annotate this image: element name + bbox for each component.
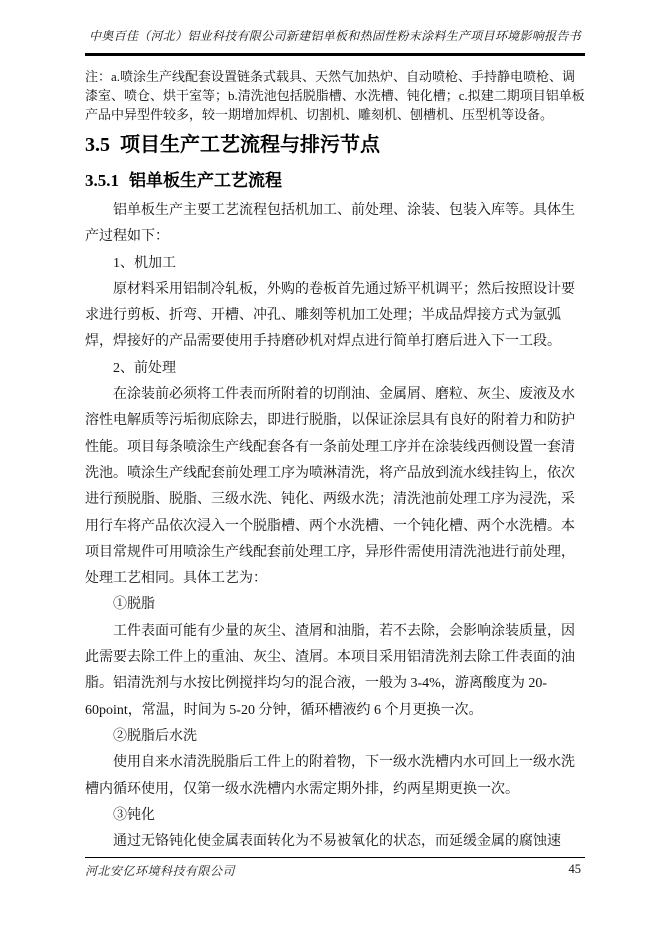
subsection-heading: 3.5.1铝单板生产工艺流程: [85, 169, 585, 192]
page-footer: 河北安亿环境科技有限公司 45: [85, 857, 585, 879]
list-item-2-pretreatment: 2、前处理: [85, 356, 585, 382]
body-paragraph-pretreatment: 在涂装前必须将工件表而所附着的切削油、金属屑、磨粒、灰尘、废液及水溶性电解质等污…: [85, 382, 585, 592]
footer-company-name: 河北安亿环境科技有限公司: [85, 862, 235, 879]
body-paragraph-passivation: 通过无铬钝化使金属表面转化为不易被氧化的状态，而延缓金属的腐蚀速: [85, 829, 585, 855]
running-header: 中奥百佳（河北）铝业科技有限公司新建铝单板和热固性粉末涂料生产项目环境影响报告书: [85, 28, 585, 56]
list-item-degreasing: ①脱脂: [85, 592, 585, 618]
body-text: 铝单板生产主要工艺流程包括机加工、前处理、涂装、包装入库等。具体生产过程如下： …: [85, 198, 585, 855]
running-header-title: 中奥百佳（河北）铝业科技有限公司新建铝单板和热固性粉末涂料生产项目环境影响报告书: [85, 28, 585, 44]
body-paragraph-intro: 铝单板生产主要工艺流程包括机加工、前处理、涂装、包装入库等。具体生产过程如下：: [85, 198, 585, 251]
subsection-number: 3.5.1: [85, 171, 119, 190]
list-item-rinse: ②脱脂后水洗: [85, 724, 585, 750]
section-title: 项目生产工艺流程与排污节点: [120, 134, 380, 156]
section-heading: 3.5项目生产工艺流程与排污节点: [85, 132, 585, 158]
header-rule: [85, 53, 585, 56]
document-page: 中奥百佳（河北）铝业科技有限公司新建铝单板和热固性粉末涂料生产项目环境影响报告书…: [0, 0, 663, 928]
body-paragraph-degreasing: 工件表面可能有少量的灰尘、渣屑和油脂，若不去除，会影响涂装质量，因此需要去除工件…: [85, 619, 585, 724]
section-number: 3.5: [85, 134, 110, 156]
subsection-title: 铝单板生产工艺流程: [129, 171, 282, 190]
list-item-passivation: ③钝化: [85, 803, 585, 829]
document-note: 注：a.喷涂生产线配套设置链条式载具、天然气加热炉、自动喷枪、手持静电喷枪、调漆…: [85, 67, 585, 124]
page-number: 45: [569, 862, 586, 877]
body-paragraph-rinse: 使用自来水清洗脱脂后工件上的附着物，下一级水洗槽内水可回上一级水洗槽内循环使用，…: [85, 750, 585, 803]
list-item-1-machining: 1、机加工: [85, 251, 585, 277]
body-paragraph-machining: 原材料采用铝制冷轧板，外购的卷板首先通过矫平机调平；然后按照设计要求进行剪板、折…: [85, 277, 585, 356]
